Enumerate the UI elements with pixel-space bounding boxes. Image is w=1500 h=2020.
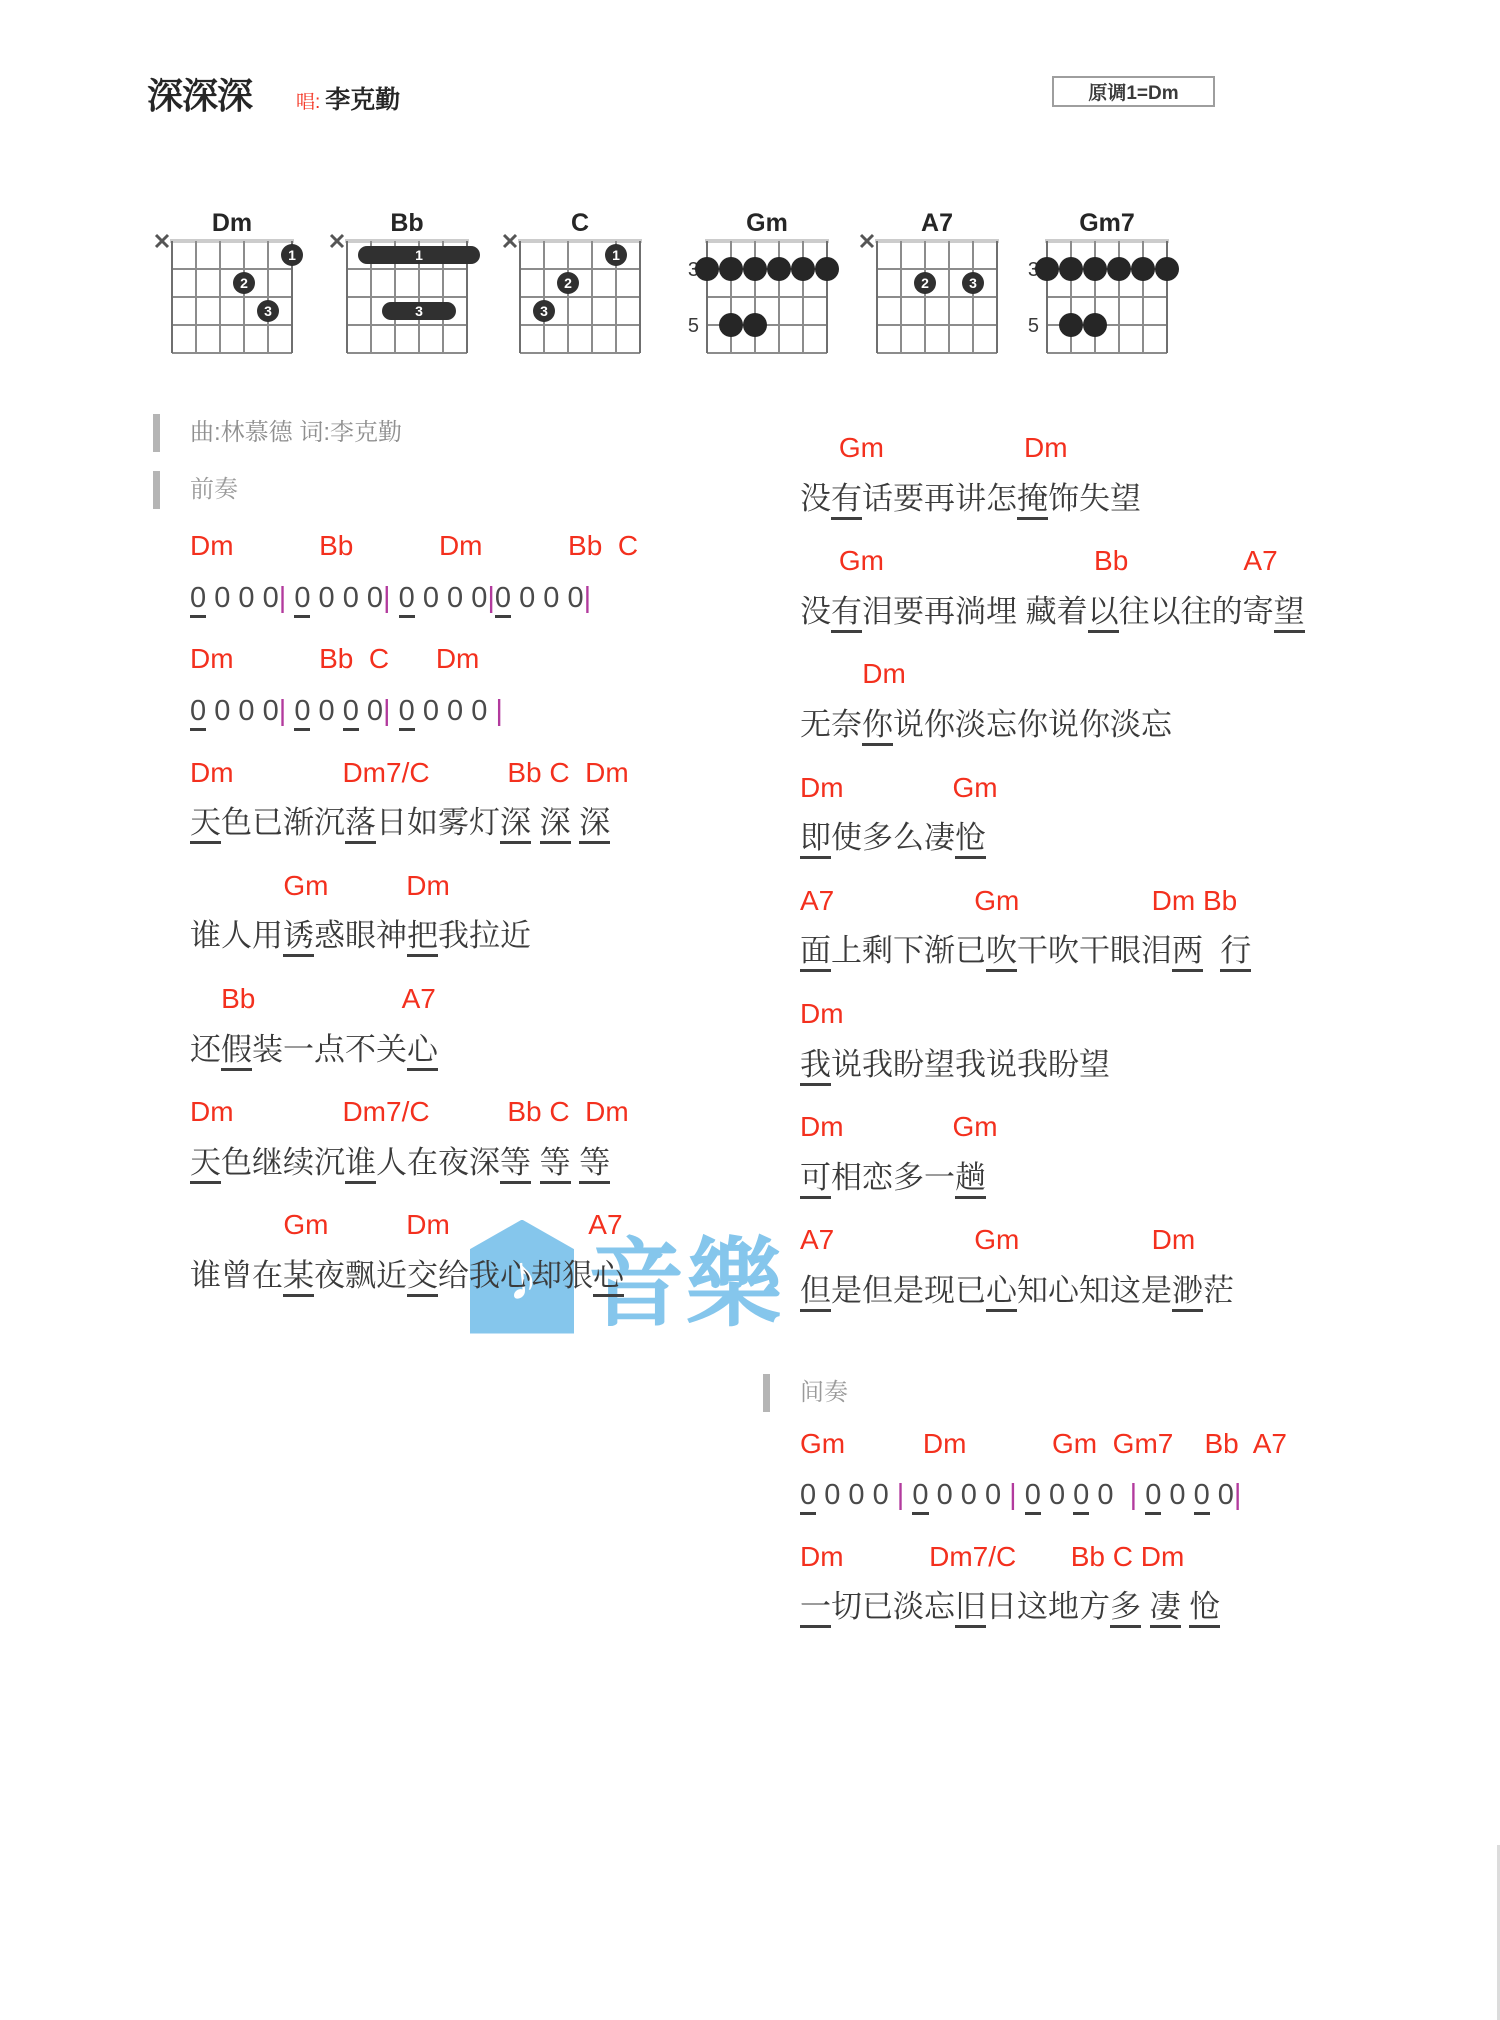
chord-diagram-Gm7: Gm735 (1025, 211, 1200, 361)
lyric-line: 我说我盼望我说我盼望 (800, 1043, 1305, 1100)
chord-line: Dm Gm (800, 1099, 1305, 1156)
artist-name: 李克勤 (325, 80, 400, 116)
chord-line: Dm Bb Dm Bb C (190, 518, 638, 575)
lyric-line: 可相恋多一趟 (800, 1156, 1305, 1213)
chord-line: A7 Gm Dm Bb (800, 873, 1305, 930)
lyric-line: 一切已淡忘旧日这地方多 凄 怆 (800, 1585, 1305, 1642)
svg-text:3: 3 (969, 275, 977, 291)
page-title: 深深深 (147, 68, 252, 119)
sing-label: 唱: (296, 87, 320, 114)
chord-line: Dm Bb C Dm (190, 631, 638, 688)
lyrics-column-right: Gm Dm没有话要再讲怎掩饰失望 Gm Bb A7没有泪要再淌埋 藏着以往以往的… (800, 420, 1305, 1642)
chord-line: Dm Gm (800, 760, 1305, 817)
chord-line: A7 Gm Dm (800, 1212, 1305, 1269)
chord-line: Gm Dm (190, 858, 638, 915)
rhythm-line: 0 0 0 0| 0 0 0 0| 0 0 0 0 | (190, 688, 638, 745)
lyric-line: 没有泪要再淌埋 藏着以往以往的寄望 (800, 590, 1305, 647)
chord-diagram-Gm: Gm35 (685, 211, 860, 361)
chord-line: Dm (800, 646, 1305, 703)
chord-line: Bb A7 (190, 971, 638, 1028)
lyric-line: 无奈你说你淡忘你说你淡忘 (800, 703, 1305, 760)
lyric-line: 天色已渐沉落日如雾灯深 深 深 (190, 801, 638, 858)
svg-text:3: 3 (264, 303, 272, 319)
chord-sheet-page: 深深深 唱: 李克勤 原调1=Dm Dm123Bb13C123Gm35A723G… (0, 0, 1500, 2020)
chord-line: Dm Dm7/C Bb C Dm (800, 1529, 1305, 1586)
svg-text:3: 3 (540, 303, 548, 319)
svg-text:2: 2 (921, 275, 929, 291)
chord-line: Dm (800, 986, 1305, 1043)
credit-line: 曲:林慕德 词:李克勤 (190, 405, 638, 462)
lyric-line: 没有话要再讲怎掩饰失望 (800, 477, 1305, 534)
lyric-line: 面上剩下渐已吹干吹干眼泪两 行 (800, 929, 1305, 986)
svg-text:3: 3 (415, 303, 423, 319)
original-key-box: 原调1=Dm (1052, 76, 1215, 107)
chord-line: Gm Bb A7 (800, 533, 1305, 590)
rhythm-line: 0 0 0 0| 0 0 0 0| 0 0 0 0|0 0 0 0| (190, 575, 638, 632)
chord-diagram-C: C123 (498, 211, 673, 361)
svg-text:2: 2 (564, 275, 572, 291)
header: 深深深 唱: 李克勤 (147, 68, 400, 119)
chord-line: Gm Dm A7 (190, 1197, 638, 1254)
lyrics-column-left: 曲:林慕德 词:李克勤前奏Dm Bb Dm Bb C0 0 0 0| 0 0 0… (190, 405, 638, 1311)
lyric-line: 还假装一点不关心 (190, 1028, 638, 1085)
lyric-line: 但是但是现已心知心知这是渺茫 (800, 1269, 1305, 1326)
rhythm-line: 0 0 0 0 | 0 0 0 0 | 0 0 0 0 | 0 0 0 0| (800, 1472, 1305, 1529)
svg-text:A7: A7 (921, 211, 953, 237)
svg-text:Gm: Gm (746, 211, 788, 237)
lyric-line: 谁曾在某夜飘近交给我心却狠心 (190, 1254, 638, 1311)
svg-text:1: 1 (288, 247, 296, 263)
svg-text:1: 1 (612, 247, 620, 263)
chord-line: Dm Dm7/C Bb C Dm (190, 1084, 638, 1141)
svg-text:Bb: Bb (390, 211, 423, 237)
svg-text:Dm: Dm (212, 211, 252, 237)
svg-text:1: 1 (415, 247, 423, 263)
lyric-line: 天色继续沉谁人在夜深等 等 等 (190, 1141, 638, 1198)
svg-text:2: 2 (240, 275, 248, 291)
section-header: 间奏 (800, 1370, 1305, 1416)
chord-diagram-A7: A723 (855, 211, 1030, 361)
lyric-line: 即使多么凄怆 (800, 816, 1305, 873)
svg-text:Gm7: Gm7 (1079, 211, 1135, 237)
chord-line: Gm Dm (800, 420, 1305, 477)
chord-line: Gm Dm Gm Gm7 Bb A7 (800, 1416, 1305, 1473)
lyric-line: 谁人用诱惑眼神把我拉近 (190, 914, 638, 971)
chord-diagram-Bb: Bb13 (325, 211, 500, 361)
svg-text:C: C (571, 211, 589, 237)
chord-diagram-Dm: Dm123 (150, 211, 325, 361)
svg-text:5: 5 (688, 315, 699, 337)
svg-text:5: 5 (1028, 315, 1039, 337)
chord-line: Dm Dm7/C Bb C Dm (190, 745, 638, 802)
section-header: 前奏 (190, 462, 638, 519)
